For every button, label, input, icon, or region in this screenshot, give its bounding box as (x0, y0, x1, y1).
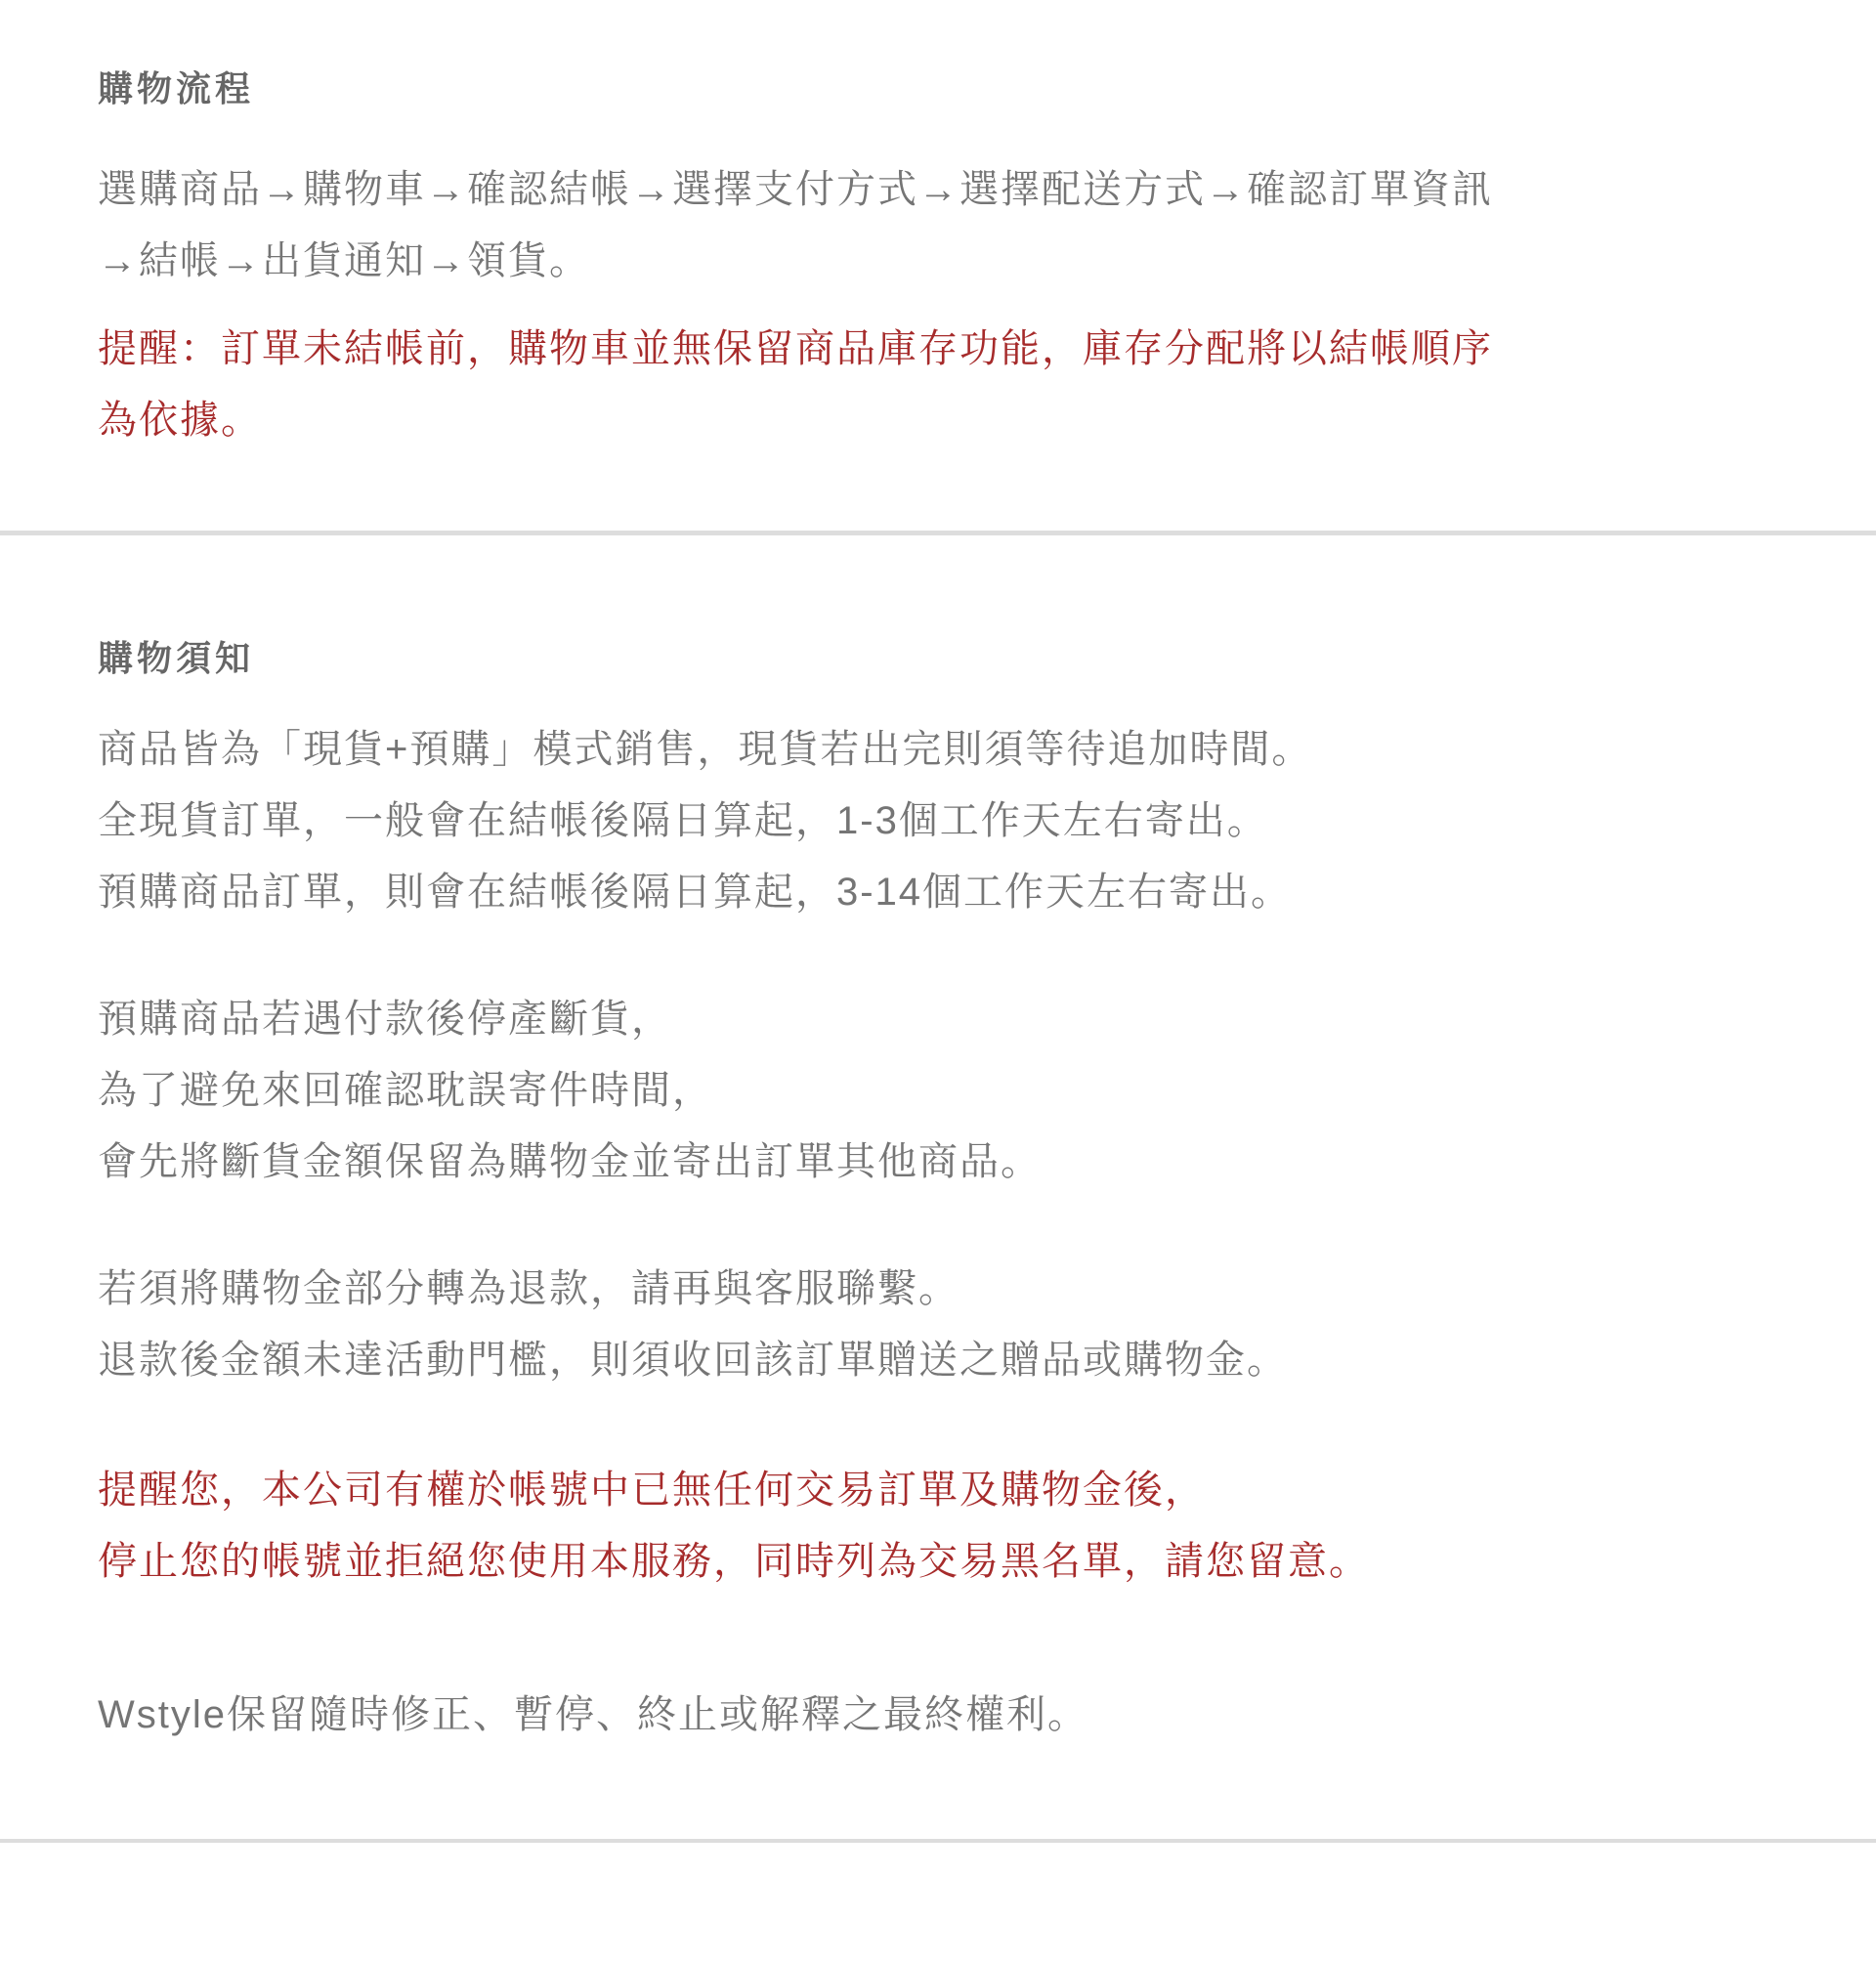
sales-mode-line-3: 預購商品訂單，則會在結帳後隔日算起，3-14個工作天左右寄出。 (98, 857, 1798, 928)
stock-reminder-line-2: 為依據。 (98, 385, 1798, 456)
account-warning-line-2: 停止您的帳號並拒絕您使用本服務，同時列為交易黑名單，請您留意。 (98, 1526, 1798, 1598)
sales-mode-line-1: 商品皆為「現貨+預購」模式銷售，現貨若出完則須等待追加時間。 (98, 714, 1798, 786)
discontinued-goods-paragraph: 預購商品若遇付款後停產斷貨， 為了避免來回確認耽誤寄件時間， 會先將斷貨金額保留… (98, 984, 1798, 1198)
shopping-notice-section: 購物須知 商品皆為「現貨+預購」模式銷售，現貨若出完則須等待追加時間。 全現貨訂… (0, 535, 1876, 1839)
discontinued-line-2: 為了避免來回確認耽誤寄件時間， (98, 1055, 1798, 1127)
rights-statement-paragraph: Wstyle保留隨時修正、暫停、終止或解釋之最終權利。 (98, 1680, 1798, 1751)
stock-reminder-paragraph: 提醒：訂單未結帳前，購物車並無保留商品庫存功能，庫存分配將以結帳順序 為依據。 (98, 314, 1798, 456)
shopping-notice-title: 購物須知 (98, 638, 1798, 679)
bottom-spacer (0, 1843, 1876, 1956)
stock-reminder-line-1: 提醒：訂單未結帳前，購物車並無保留商品庫存功能，庫存分配將以結帳順序 (98, 314, 1798, 385)
flow-steps-line-2: →結帳→出貨通知→領貨。 (98, 226, 1798, 297)
discontinued-line-3: 會先將斷貨金額保留為購物金並寄出訂單其他商品。 (98, 1127, 1798, 1198)
flow-steps-line-1: 選購商品→購物車→確認結帳→選擇支付方式→選擇配送方式→確認訂單資訊 (98, 154, 1798, 226)
flow-steps-paragraph: 選購商品→購物車→確認結帳→選擇支付方式→選擇配送方式→確認訂單資訊 →結帳→出… (98, 154, 1798, 297)
discontinued-line-1: 預購商品若遇付款後停產斷貨， (98, 984, 1798, 1055)
shopping-flow-section: 購物流程 選購商品→購物車→確認結帳→選擇支付方式→選擇配送方式→確認訂單資訊 … (0, 0, 1876, 531)
refund-policy-paragraph: 若須將購物金部分轉為退款，請再與客服聯繫。 退款後金額未達活動門檻，則須收回該訂… (98, 1254, 1798, 1396)
account-warning-paragraph: 提醒您，本公司有權於帳號中已無任何交易訂單及購物金後， 停止您的帳號並拒絕您使用… (98, 1455, 1798, 1598)
account-warning-line-1: 提醒您，本公司有權於帳號中已無任何交易訂單及購物金後， (98, 1455, 1798, 1526)
sales-mode-paragraph: 商品皆為「現貨+預購」模式銷售，現貨若出完則須等待追加時間。 全現貨訂單，一般會… (98, 714, 1798, 928)
rights-statement-line: Wstyle保留隨時修正、暫停、終止或解釋之最終權利。 (98, 1680, 1798, 1751)
refund-line-1: 若須將購物金部分轉為退款，請再與客服聯繫。 (98, 1254, 1798, 1325)
shopping-flow-title: 購物流程 (98, 68, 1798, 109)
shopping-info-page: 購物流程 選購商品→購物車→確認結帳→選擇支付方式→選擇配送方式→確認訂單資訊 … (0, 0, 1876, 1956)
sales-mode-line-2: 全現貨訂單，一般會在結帳後隔日算起，1-3個工作天左右寄出。 (98, 786, 1798, 857)
refund-line-2: 退款後金額未達活動門檻，則須收回該訂單贈送之贈品或購物金。 (98, 1325, 1798, 1396)
